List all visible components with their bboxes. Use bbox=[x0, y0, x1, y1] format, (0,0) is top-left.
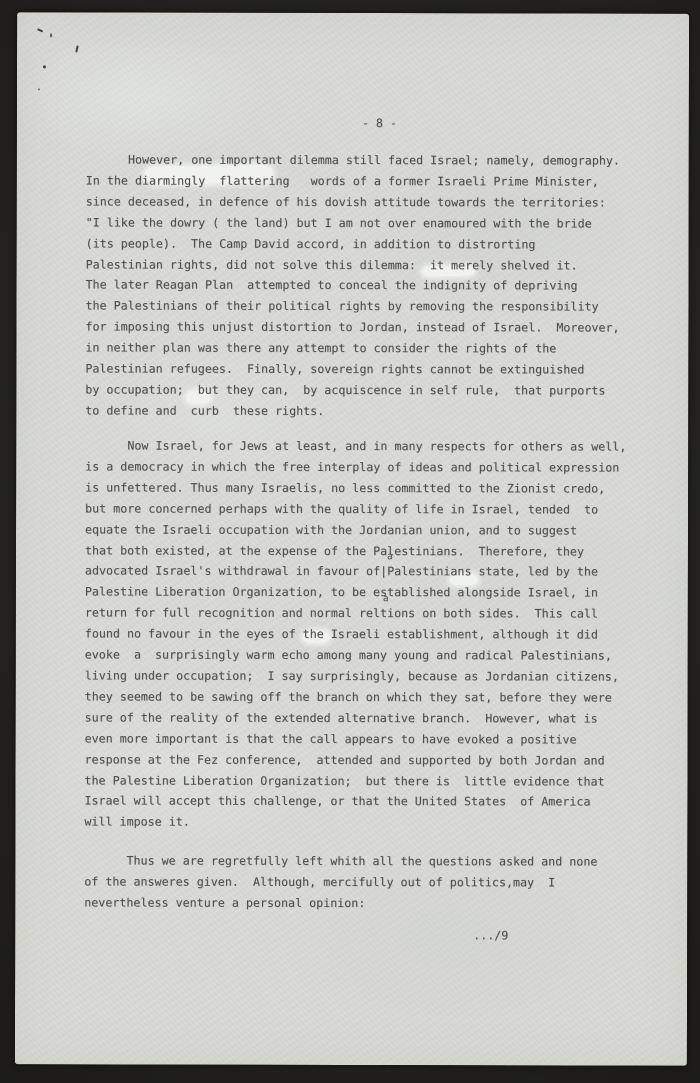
paragraph-personal-opinion: Thus we are regretfully left whith all t… bbox=[84, 850, 597, 914]
page-continuation-mark: .../9 bbox=[473, 925, 508, 946]
paragraph-israel-democracy: Now Israel, for Jews at least, and in ma… bbox=[84, 435, 626, 833]
scan-background: - 8 - However, one important dilemma sti… bbox=[0, 0, 700, 1083]
document-page: - 8 - However, one important dilemma sti… bbox=[15, 12, 689, 1065]
ink-speck bbox=[43, 65, 46, 68]
ink-speck bbox=[38, 88, 40, 90]
ink-speck bbox=[50, 33, 52, 37]
page-number: - 8 - bbox=[362, 113, 397, 134]
typed-insertion-a-above-line: a bbox=[383, 594, 389, 604]
typed-insertion-a-above-line: a bbox=[387, 552, 393, 562]
ink-speck bbox=[37, 28, 43, 32]
ink-speck bbox=[75, 45, 78, 52]
paragraph-demography-dilemma: However, one important dilemma still fac… bbox=[85, 149, 620, 422]
